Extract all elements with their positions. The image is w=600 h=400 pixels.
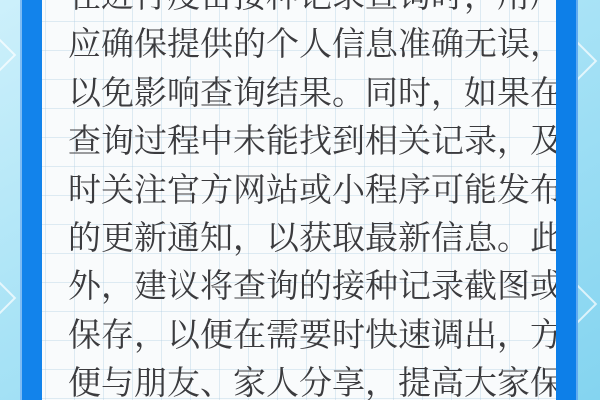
paragraph-line: 查询过程中未能找到相关记录，及 <box>68 117 545 165</box>
paragraph-line: 在进行疫苗接种记录查询时，用户 <box>68 0 545 20</box>
paragraph-line: 的更新通知，以获取最新信息。此 <box>68 214 545 262</box>
card-frame-band-left <box>20 0 42 400</box>
paragraph: 在进行疫苗接种记录查询时，用户 应确保提供的个人信息准确无误， 以免影响查询结果… <box>68 0 545 400</box>
paragraph-line: 外，建议将查询的接种记录截图或 <box>68 262 545 310</box>
carousel-slide-viewport: 在进行疫苗接种记录查询时，用户 应确保提供的个人信息准确无误， 以免影响查询结果… <box>0 0 600 400</box>
paragraph-line: 以免影响查询结果。同时，如果在 <box>68 69 545 117</box>
paragraph-line: 便与朋友、家人分享，提高大家保 <box>68 359 545 400</box>
paragraph-line: 保存，以便在需要时快速调出，方 <box>68 311 545 359</box>
card-frame-band-right <box>556 0 578 400</box>
paragraph-line: 应确保提供的个人信息准确无误， <box>68 20 545 68</box>
slide-card: 在进行疫苗接种记录查询时，用户 应确保提供的个人信息准确无误， 以免影响查询结果… <box>42 0 556 400</box>
paragraph-line: 时关注官方网站或小程序可能发布 <box>68 166 545 214</box>
